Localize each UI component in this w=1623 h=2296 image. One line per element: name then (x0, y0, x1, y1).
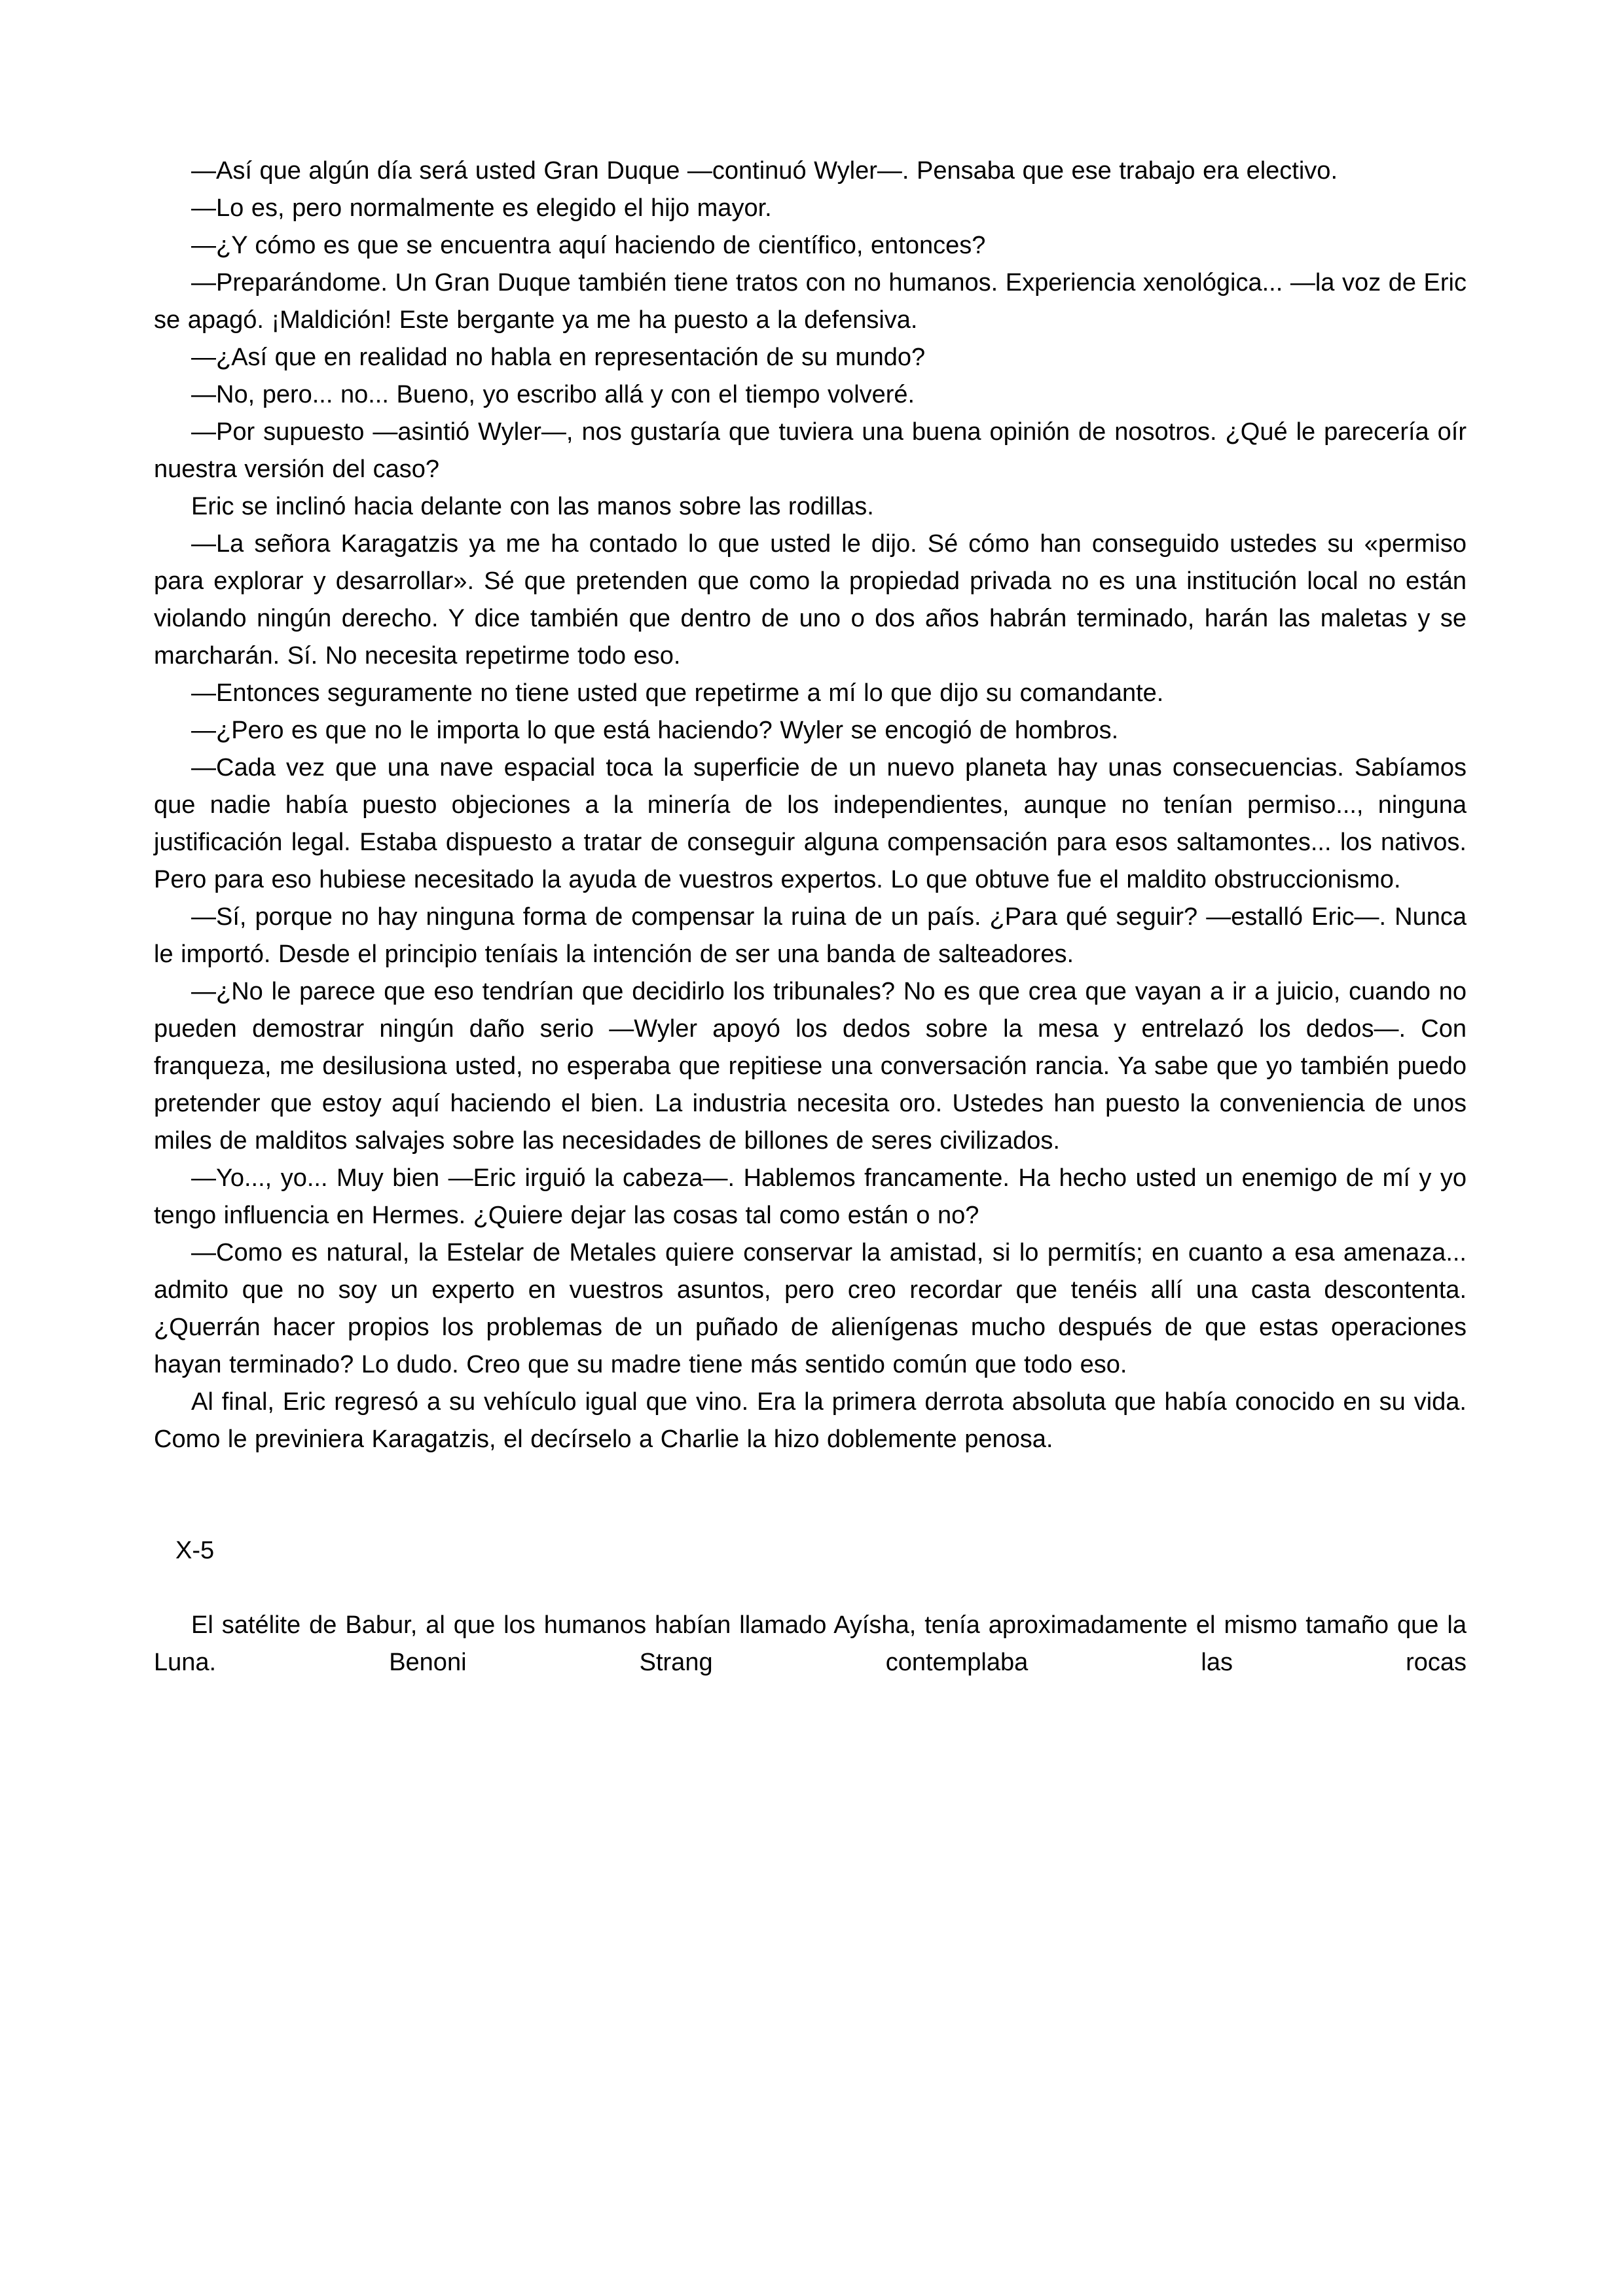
section-heading: X-5 (154, 1532, 1467, 1570)
paragraph: —Como es natural, la Estelar de Metales … (154, 1234, 1467, 1384)
paragraph: —Por supuesto —asintió Wyler—, nos gusta… (154, 414, 1467, 488)
paragraph: —Cada vez que una nave espacial toca la … (154, 749, 1467, 899)
paragraph: —Yo..., yo... Muy bien —Eric irguió la c… (154, 1160, 1467, 1234)
paragraph: —Lo es, pero normalmente es elegido el h… (154, 190, 1467, 227)
paragraph: —La señora Karagatzis ya me ha contado l… (154, 526, 1467, 675)
paragraph: —No, pero... no... Bueno, yo escribo all… (154, 376, 1467, 414)
paragraph: —Así que algún día será usted Gran Duque… (154, 152, 1467, 190)
paragraph: —Entonces seguramente no tiene usted que… (154, 675, 1467, 712)
book-page: —Así que algún día será usted Gran Duque… (0, 0, 1623, 2296)
paragraph: El satélite de Babur, al que los humanos… (154, 1607, 1467, 1681)
paragraph: Eric se inclinó hacia delante con las ma… (154, 488, 1467, 526)
paragraph: —¿Pero es que no le importa lo que está … (154, 712, 1467, 749)
paragraph: —¿No le parece que eso tendrían que deci… (154, 973, 1467, 1160)
paragraph: Al final, Eric regresó a su vehículo igu… (154, 1384, 1467, 1458)
paragraph: —Sí, porque no hay ninguna forma de comp… (154, 899, 1467, 973)
paragraph: —¿Así que en realidad no habla en repres… (154, 339, 1467, 376)
paragraph: —Preparándome. Un Gran Duque también tie… (154, 264, 1467, 339)
paragraph: —¿Y cómo es que se encuentra aquí hacien… (154, 227, 1467, 264)
